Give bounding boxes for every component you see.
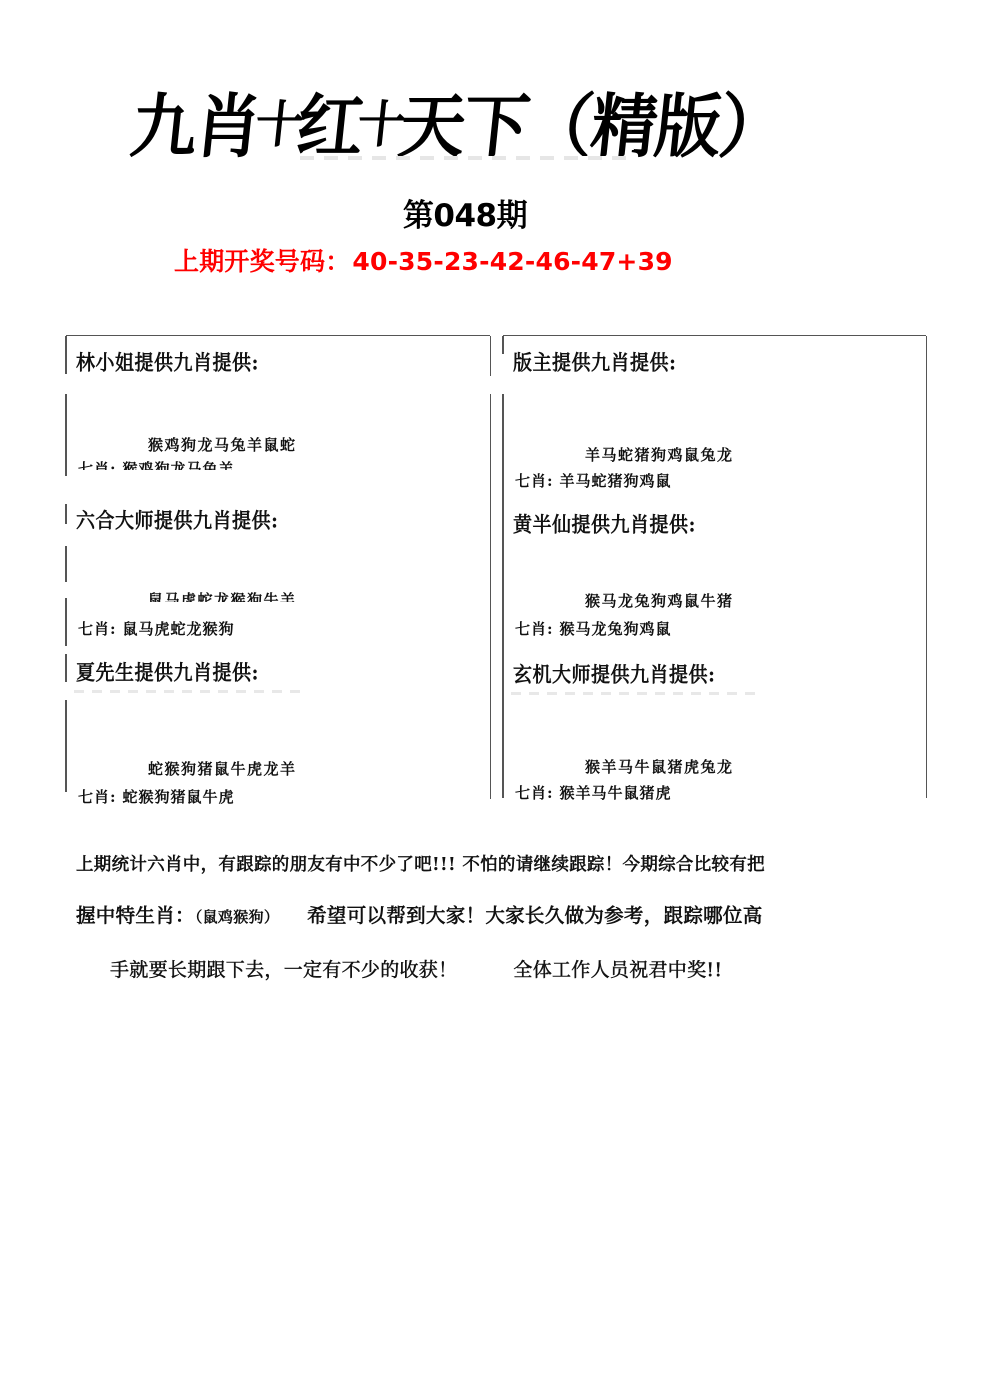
seven-zodiac-label: 七肖: (515, 472, 554, 490)
section-header: 六合大师提供九肖提供: (76, 505, 279, 534)
seven-zodiac-row: 七肖:蛇猴狗猪鼠牛虎 (78, 786, 235, 807)
title-char: 版 (651, 70, 725, 170)
note-key-label: 握中特生肖： (76, 904, 195, 927)
seven-zodiac-label: 七肖: (515, 620, 554, 638)
seven-zodiac-row: 七肖:猴羊马牛鼠猪虎 (515, 782, 672, 803)
section-header: 黄半仙提供九肖提供: (513, 509, 696, 538)
prediction-section: 黄半仙提供九肖提供: 猴马龙兔狗鸡鼠牛猪 七肖:猴马龙兔狗鸡鼠 (503, 498, 926, 648)
seven-zodiac-list: 猴鸡狗龙马兔羊 (123, 460, 235, 470)
note-line-1: 上期统计六肖中，有跟踪的朋友有中不少了吧!!! 不怕的请继续跟踪！今期综合比较有… (76, 851, 896, 876)
nine-zodiac-list: 蛇猴狗猪鼠牛虎龙羊 (148, 758, 297, 779)
last-draw-label: 上期开奖号码： (174, 247, 350, 276)
nine-zodiac-list: 鼠马虎蛇龙猴狗牛羊 (148, 592, 297, 602)
title-char: ） (715, 70, 789, 170)
seven-zodiac-row: 七肖:羊马蛇猪狗鸡鼠 (515, 470, 672, 491)
nine-zodiac-list: 猴马龙兔狗鸡鼠牛猪 (585, 590, 734, 611)
note-line-2: 握中特生肖：（鼠鸡猴狗）希望可以帮到大家！大家长久做为参考，跟踪哪位高 (76, 900, 896, 928)
seven-zodiac-list: 羊马蛇猪狗鸡鼠 (560, 472, 672, 490)
last-draw-numbers: 40-35-23-42-46-47+39 (352, 247, 672, 276)
section-header: 林小姐提供九肖提供: (76, 347, 259, 376)
section-header: 夏先生提供九肖提供: (76, 657, 259, 686)
section-header: 玄机大师提供九肖提供: (513, 659, 716, 688)
prediction-section: 玄机大师提供九肖提供: 猴羊马牛鼠猪虎兔龙 七肖:猴羊马牛鼠猪虎 (503, 648, 926, 798)
prediction-section: 六合大师提供九肖提供: 鼠马虎蛇龙猴狗牛羊 七肖:鼠马虎蛇龙猴狗 (66, 494, 490, 644)
title-char: 九 (127, 70, 201, 170)
prediction-section: 林小姐提供九肖提供: 猴鸡狗龙马兔羊鼠蛇 七肖:猴鸡狗龙马兔羊 (66, 336, 490, 486)
note-text: 手就要长期跟下去，一定有不少的收获！ (110, 959, 457, 981)
seven-zodiac-row: 七肖:猴鸡狗龙马兔羊 (78, 458, 235, 470)
seven-zodiac-row: 七肖:猴马龙兔狗鸡鼠 (515, 618, 672, 639)
right-prediction-box: 版主提供九肖提供: 羊马蛇猪狗鸡鼠兔龙 七肖:羊马蛇猪狗鸡鼠 黄半仙提供九肖提供… (503, 335, 926, 798)
last-draw-result: 上期开奖号码：40-35-23-42-46-47+39 (174, 242, 673, 278)
note-text: 希望可以帮到大家！大家长久做为参考，跟踪哪位高 (307, 904, 762, 927)
note-key-zodiacs: （鼠鸡猴狗） (195, 908, 279, 926)
seven-zodiac-list: 蛇猴狗猪鼠牛虎 (123, 788, 235, 806)
prediction-section: 版主提供九肖提供: 羊马蛇猪狗鸡鼠兔龙 七肖:羊马蛇猪狗鸡鼠 (503, 336, 926, 486)
seven-zodiac-label: 七肖: (78, 620, 117, 638)
seven-zodiac-list: 猴羊马牛鼠猪虎 (560, 784, 672, 802)
seven-zodiac-label: 七肖: (78, 460, 117, 470)
seven-zodiac-label: 七肖: (515, 784, 554, 802)
nine-zodiac-list: 猴鸡狗龙马兔羊鼠蛇 (148, 434, 297, 455)
title-underline-artifact (300, 156, 630, 160)
nine-zodiac-list: 猴羊马牛鼠猪虎兔龙 (585, 756, 734, 777)
title-char: 下 (459, 70, 533, 170)
note-line-3: 手就要长期跟下去，一定有不少的收获！全体工作人员祝君中奖!! (110, 955, 930, 982)
note-closing: 全体工作人员祝君中奖!! (513, 959, 722, 981)
faded-artifact (74, 690, 304, 693)
section-header: 版主提供九肖提供: (513, 347, 677, 376)
prediction-section: 夏先生提供九肖提供: 蛇猴狗猪鼠牛虎龙羊 七肖:蛇猴狗猪鼠牛虎 (66, 646, 490, 796)
title-char: 天 (395, 70, 469, 170)
title-char: 精 (587, 70, 661, 170)
seven-zodiac-row: 七肖:鼠马虎蛇龙猴狗 (78, 618, 235, 639)
seven-zodiac-list: 鼠马虎蛇龙猴狗 (123, 620, 235, 638)
seven-zodiac-label: 七肖: (78, 788, 117, 806)
seven-zodiac-list: 猴马龙兔狗鸡鼠 (560, 620, 672, 638)
title-char: （ (523, 70, 597, 170)
left-prediction-box: 林小姐提供九肖提供: 猴鸡狗龙马兔羊鼠蛇 七肖:猴鸡狗龙马兔羊 六合大师提供九肖… (66, 335, 490, 798)
nine-zodiac-list: 羊马蛇猪狗鸡鼠兔龙 (585, 444, 734, 465)
page-title: 九 肖 十 红 十 天 下 （ 精 版 ） (128, 78, 827, 162)
faded-artifact (511, 692, 761, 695)
issue-number: 第048期 (0, 190, 930, 235)
